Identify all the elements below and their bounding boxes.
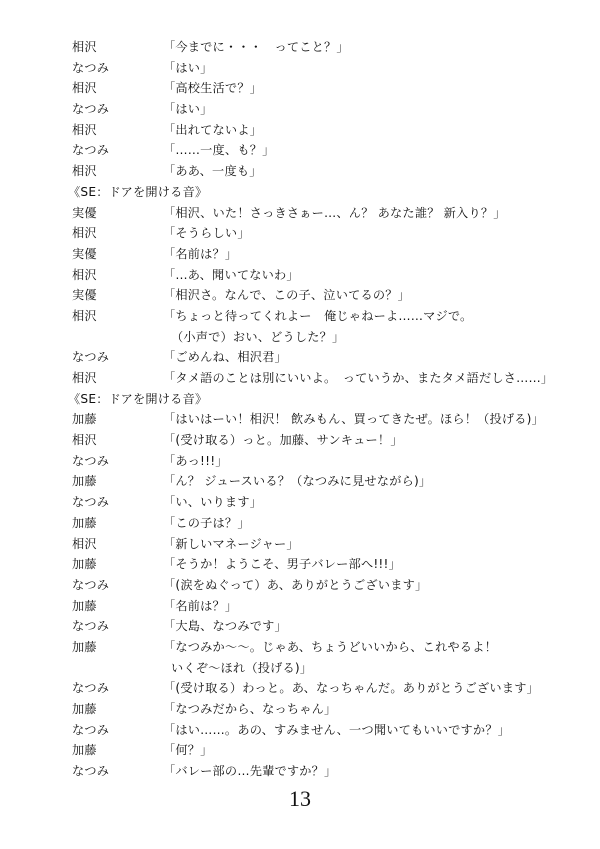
dialogue-line: なつみ 「大島、なつみです」 (72, 616, 552, 637)
dialogue-line: 加藤 「ん？ ジュースいる？（なつみに見せながら)」 (72, 471, 552, 492)
dialogue-text: 「高校生活で？」 (163, 78, 552, 99)
dialogue-line: 相沢 「タメ語のことは別にいいよ。 っていうか、またタメ語だしさ……」 (72, 368, 552, 389)
dialogue-line: 相沢 「そうらしい」 (72, 223, 552, 244)
dialogue-text: 「はい」 (163, 58, 552, 79)
speaker-name: 加藤 (72, 596, 163, 617)
dialogue-text: 「(受け取る）っと。加藤、サンキュー！」 (163, 430, 552, 451)
speaker-name: なつみ (72, 58, 163, 79)
dialogue-text: 「(受け取る）わっと。あ、なっちゃんだ。ありがとうございます」 (163, 678, 552, 699)
dialogue-line: 実優 「名前は？」 (72, 244, 552, 265)
dialogue-text: 「はい……。あの、すみません、一つ聞いてもいいですか？」 (163, 720, 552, 741)
speaker-name: 相沢 (72, 306, 163, 327)
speaker-name: なつみ (72, 761, 163, 782)
speaker-name: 相沢 (72, 37, 163, 58)
dialogue-text: 「ごめんね、相沢君」 (163, 347, 552, 368)
stage-direction: 《SE：ドアを開ける音》 (72, 389, 552, 410)
speaker-name: なつみ (72, 720, 163, 741)
dialogue-line: 加藤 「名前は？」 (72, 596, 552, 617)
speaker-name: 相沢 (72, 265, 163, 286)
speaker-name: 実優 (72, 203, 163, 224)
dialogue-line: 相沢 「(受け取る）っと。加藤、サンキュー！」 (72, 430, 552, 451)
dialogue-text: 「(涙をぬぐって）あ、ありがとうございます」 (163, 575, 552, 596)
speaker-name: 加藤 (72, 513, 163, 534)
dialogue-text: 「新しいマネージャー」 (163, 534, 552, 555)
dialogue-text: いくぞ～ほれ（投げる)」 (163, 658, 552, 679)
dialogue-line: 加藤 「なつみだから、なっちゃん」 (72, 699, 552, 720)
dialogue-text: 「大島、なつみです」 (163, 616, 552, 637)
speaker-name: 相沢 (72, 534, 163, 555)
dialogue-text: 「なつみだから、なっちゃん」 (163, 699, 552, 720)
dialogue-text: 「い、いります」 (163, 492, 552, 513)
dialogue-line: 加藤 「この子は？」 (72, 513, 552, 534)
dialogue-line: なつみ 「はい」 (72, 99, 552, 120)
script-page: 相沢 「今までに・・・ ってこと？」 なつみ 「はい」 相沢 「高校生活で？」 … (0, 0, 600, 849)
speaker-name: 相沢 (72, 78, 163, 99)
dialogue-line: 実優 「相沢、いた！さっきさぁー…、ん？ あなた誰？ 新入り？」 (72, 203, 552, 224)
speaker-name: 加藤 (72, 409, 163, 430)
speaker-name: なつみ (72, 140, 163, 161)
dialogue-line: 相沢 「今までに・・・ ってこと？」 (72, 37, 552, 58)
dialogue-line: 実優 「相沢さ。なんで、この子、泣いてるの？」 (72, 285, 552, 306)
dialogue-line: なつみ 「(涙をぬぐって）あ、ありがとうございます」 (72, 575, 552, 596)
speaker-name: 加藤 (72, 740, 163, 761)
speaker-name: なつみ (72, 347, 163, 368)
dialogue-text: 「ああ、一度も」 (163, 161, 552, 182)
dialogue-text: （小声で）おい、どうした？」 (163, 327, 552, 348)
dialogue-text: 「…あ、聞いてないわ」 (163, 265, 552, 286)
dialogue-line: 相沢 「…あ、聞いてないわ」 (72, 265, 552, 286)
speaker-name: 実優 (72, 244, 163, 265)
dialogue-line: 相沢 「出れてないよ」 (72, 120, 552, 141)
dialogue-text: 「なつみか～～。じゃあ、ちょうどいいから、これやるよ！ (163, 637, 552, 658)
stage-direction-text: 《SE：ドアを開ける音》 (68, 389, 207, 410)
speaker-name: 相沢 (72, 430, 163, 451)
dialogue-line: 相沢 「ああ、一度も」 (72, 161, 552, 182)
dialogue-line: 加藤 「はいはーい！相沢！ 飲みもん、買ってきたぜ。ほら！（投げる)」 (72, 409, 552, 430)
dialogue-text: 「そうか！ようこそ、男子バレー部へ!!!」 (163, 554, 552, 575)
dialogue-text: 「相沢さ。なんで、この子、泣いてるの？」 (163, 285, 552, 306)
dialogue-text: 「名前は？」 (163, 596, 552, 617)
dialogue-text: 「はい」 (163, 99, 552, 120)
speaker-name: なつみ (72, 678, 163, 699)
dialogue-text: 「ちょっと待ってくれよー 俺じゃねーよ……マジで。 (163, 306, 552, 327)
dialogue-line: 相沢 「新しいマネージャー」 (72, 534, 552, 555)
dialogue-text: 「何？」 (163, 740, 552, 761)
dialogue-line: 加藤 「なつみか～～。じゃあ、ちょうどいいから、これやるよ！ (72, 637, 552, 658)
speaker-name: 加藤 (72, 699, 163, 720)
speaker-name: なつみ (72, 616, 163, 637)
dialogue-line: なつみ 「バレー部の…先輩ですか？」 (72, 761, 552, 782)
script-body: 相沢 「今までに・・・ ってこと？」 なつみ 「はい」 相沢 「高校生活で？」 … (72, 37, 552, 782)
dialogue-text: 「タメ語のことは別にいいよ。 っていうか、またタメ語だしさ……」 (163, 368, 553, 389)
dialogue-line: 加藤 「何？」 (72, 740, 552, 761)
dialogue-line: 相沢 「ちょっと待ってくれよー 俺じゃねーよ……マジで。 (72, 306, 552, 327)
dialogue-text: 「……一度、も？」 (163, 140, 552, 161)
speaker-name: 相沢 (72, 120, 163, 141)
speaker-name: なつみ (72, 451, 163, 472)
dialogue-continuation: いくぞ～ほれ（投げる)」 (72, 658, 552, 679)
speaker-name: なつみ (72, 492, 163, 513)
dialogue-text: 「名前は？」 (163, 244, 552, 265)
speaker-name: 加藤 (72, 554, 163, 575)
dialogue-line: なつみ 「……一度、も？」 (72, 140, 552, 161)
dialogue-text: 「ん？ ジュースいる？（なつみに見せながら)」 (163, 471, 552, 492)
dialogue-text: 「バレー部の…先輩ですか？」 (163, 761, 552, 782)
dialogue-text: 「あっ!!!」 (163, 451, 552, 472)
dialogue-line: 相沢 「高校生活で？」 (72, 78, 552, 99)
speaker-name: 加藤 (72, 471, 163, 492)
dialogue-line: なつみ 「はい……。あの、すみません、一つ聞いてもいいですか？」 (72, 720, 552, 741)
speaker-name: 加藤 (72, 637, 163, 658)
dialogue-line: なつみ 「ごめんね、相沢君」 (72, 347, 552, 368)
speaker-name: なつみ (72, 99, 163, 120)
dialogue-line: なつみ 「あっ!!!」 (72, 451, 552, 472)
speaker-name: なつみ (72, 575, 163, 596)
dialogue-continuation: （小声で）おい、どうした？」 (72, 327, 552, 348)
dialogue-text: 「出れてないよ」 (163, 120, 552, 141)
dialogue-line: 加藤 「そうか！ようこそ、男子バレー部へ!!!」 (72, 554, 552, 575)
speaker-name (72, 658, 163, 679)
speaker-name: 相沢 (72, 223, 163, 244)
stage-direction-text: 《SE：ドアを開ける音》 (68, 182, 207, 203)
speaker-name: 実優 (72, 285, 163, 306)
speaker-name (72, 327, 163, 348)
dialogue-text: 「はいはーい！相沢！ 飲みもん、買ってきたぜ。ほら！（投げる)」 (163, 409, 552, 430)
dialogue-text: 「この子は？」 (163, 513, 552, 534)
dialogue-line: なつみ 「(受け取る）わっと。あ、なっちゃんだ。ありがとうございます」 (72, 678, 552, 699)
speaker-name: 相沢 (72, 161, 163, 182)
stage-direction: 《SE：ドアを開ける音》 (72, 182, 552, 203)
dialogue-line: なつみ 「はい」 (72, 58, 552, 79)
dialogue-text: 「相沢、いた！さっきさぁー…、ん？ あなた誰？ 新入り？」 (163, 203, 552, 224)
speaker-name: 相沢 (72, 368, 163, 389)
dialogue-text: 「今までに・・・ ってこと？」 (163, 37, 552, 58)
dialogue-text: 「そうらしい」 (163, 223, 552, 244)
page-number: 13 (0, 786, 600, 812)
dialogue-line: なつみ 「い、いります」 (72, 492, 552, 513)
